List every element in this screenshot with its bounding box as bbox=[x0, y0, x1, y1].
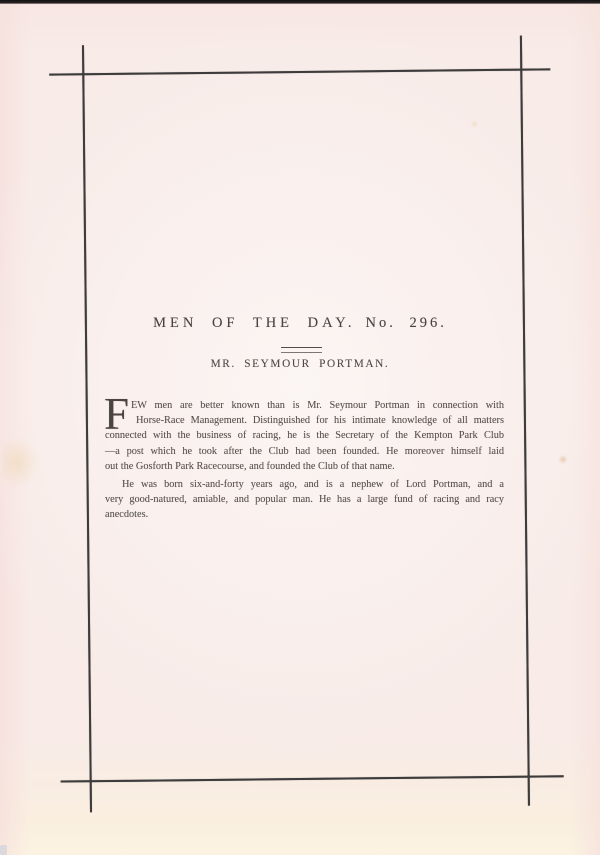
series-title-line: MEN OF THE DAY.No. 296. bbox=[0, 315, 600, 332]
frame-line-bottom bbox=[61, 775, 564, 782]
text-line: —a post which he took after the Club had… bbox=[105, 444, 504, 459]
text-line: out the Gosforth Park Racecourse, and fo… bbox=[105, 459, 504, 474]
title-divider-rule bbox=[281, 347, 322, 353]
text-line: very good-natured, amiable, and popular … bbox=[105, 492, 504, 507]
frame-line-top bbox=[49, 68, 550, 75]
series-title: MEN OF THE DAY. bbox=[153, 315, 355, 331]
text-line: He was born six-and-forty years ago, and… bbox=[122, 477, 504, 492]
text-line: Horse-Race Management. Distinguished for… bbox=[136, 413, 504, 428]
frame-line-left bbox=[82, 45, 92, 812]
text-line: connected with the business of racing, h… bbox=[105, 428, 504, 443]
scanned-document-page: MEN OF THE DAY.No. 296. MR. SEYMOUR PORT… bbox=[0, 0, 600, 855]
issue-number: No. 296. bbox=[366, 315, 447, 331]
body-text: F EW men are better known than is Mr. Se… bbox=[105, 398, 504, 523]
paragraph-1: EW men are better known than is Mr. Seym… bbox=[105, 398, 504, 474]
text-line: anecdotes. bbox=[105, 507, 504, 522]
frame-line-right bbox=[520, 36, 530, 806]
text-line: EW men are better known than is Mr. Seym… bbox=[131, 398, 504, 413]
subject-name: MR. SEYMOUR PORTMAN. bbox=[0, 357, 600, 371]
paragraph-2: He was born six-and-forty years ago, and… bbox=[105, 477, 504, 523]
drop-cap: F bbox=[104, 398, 129, 431]
